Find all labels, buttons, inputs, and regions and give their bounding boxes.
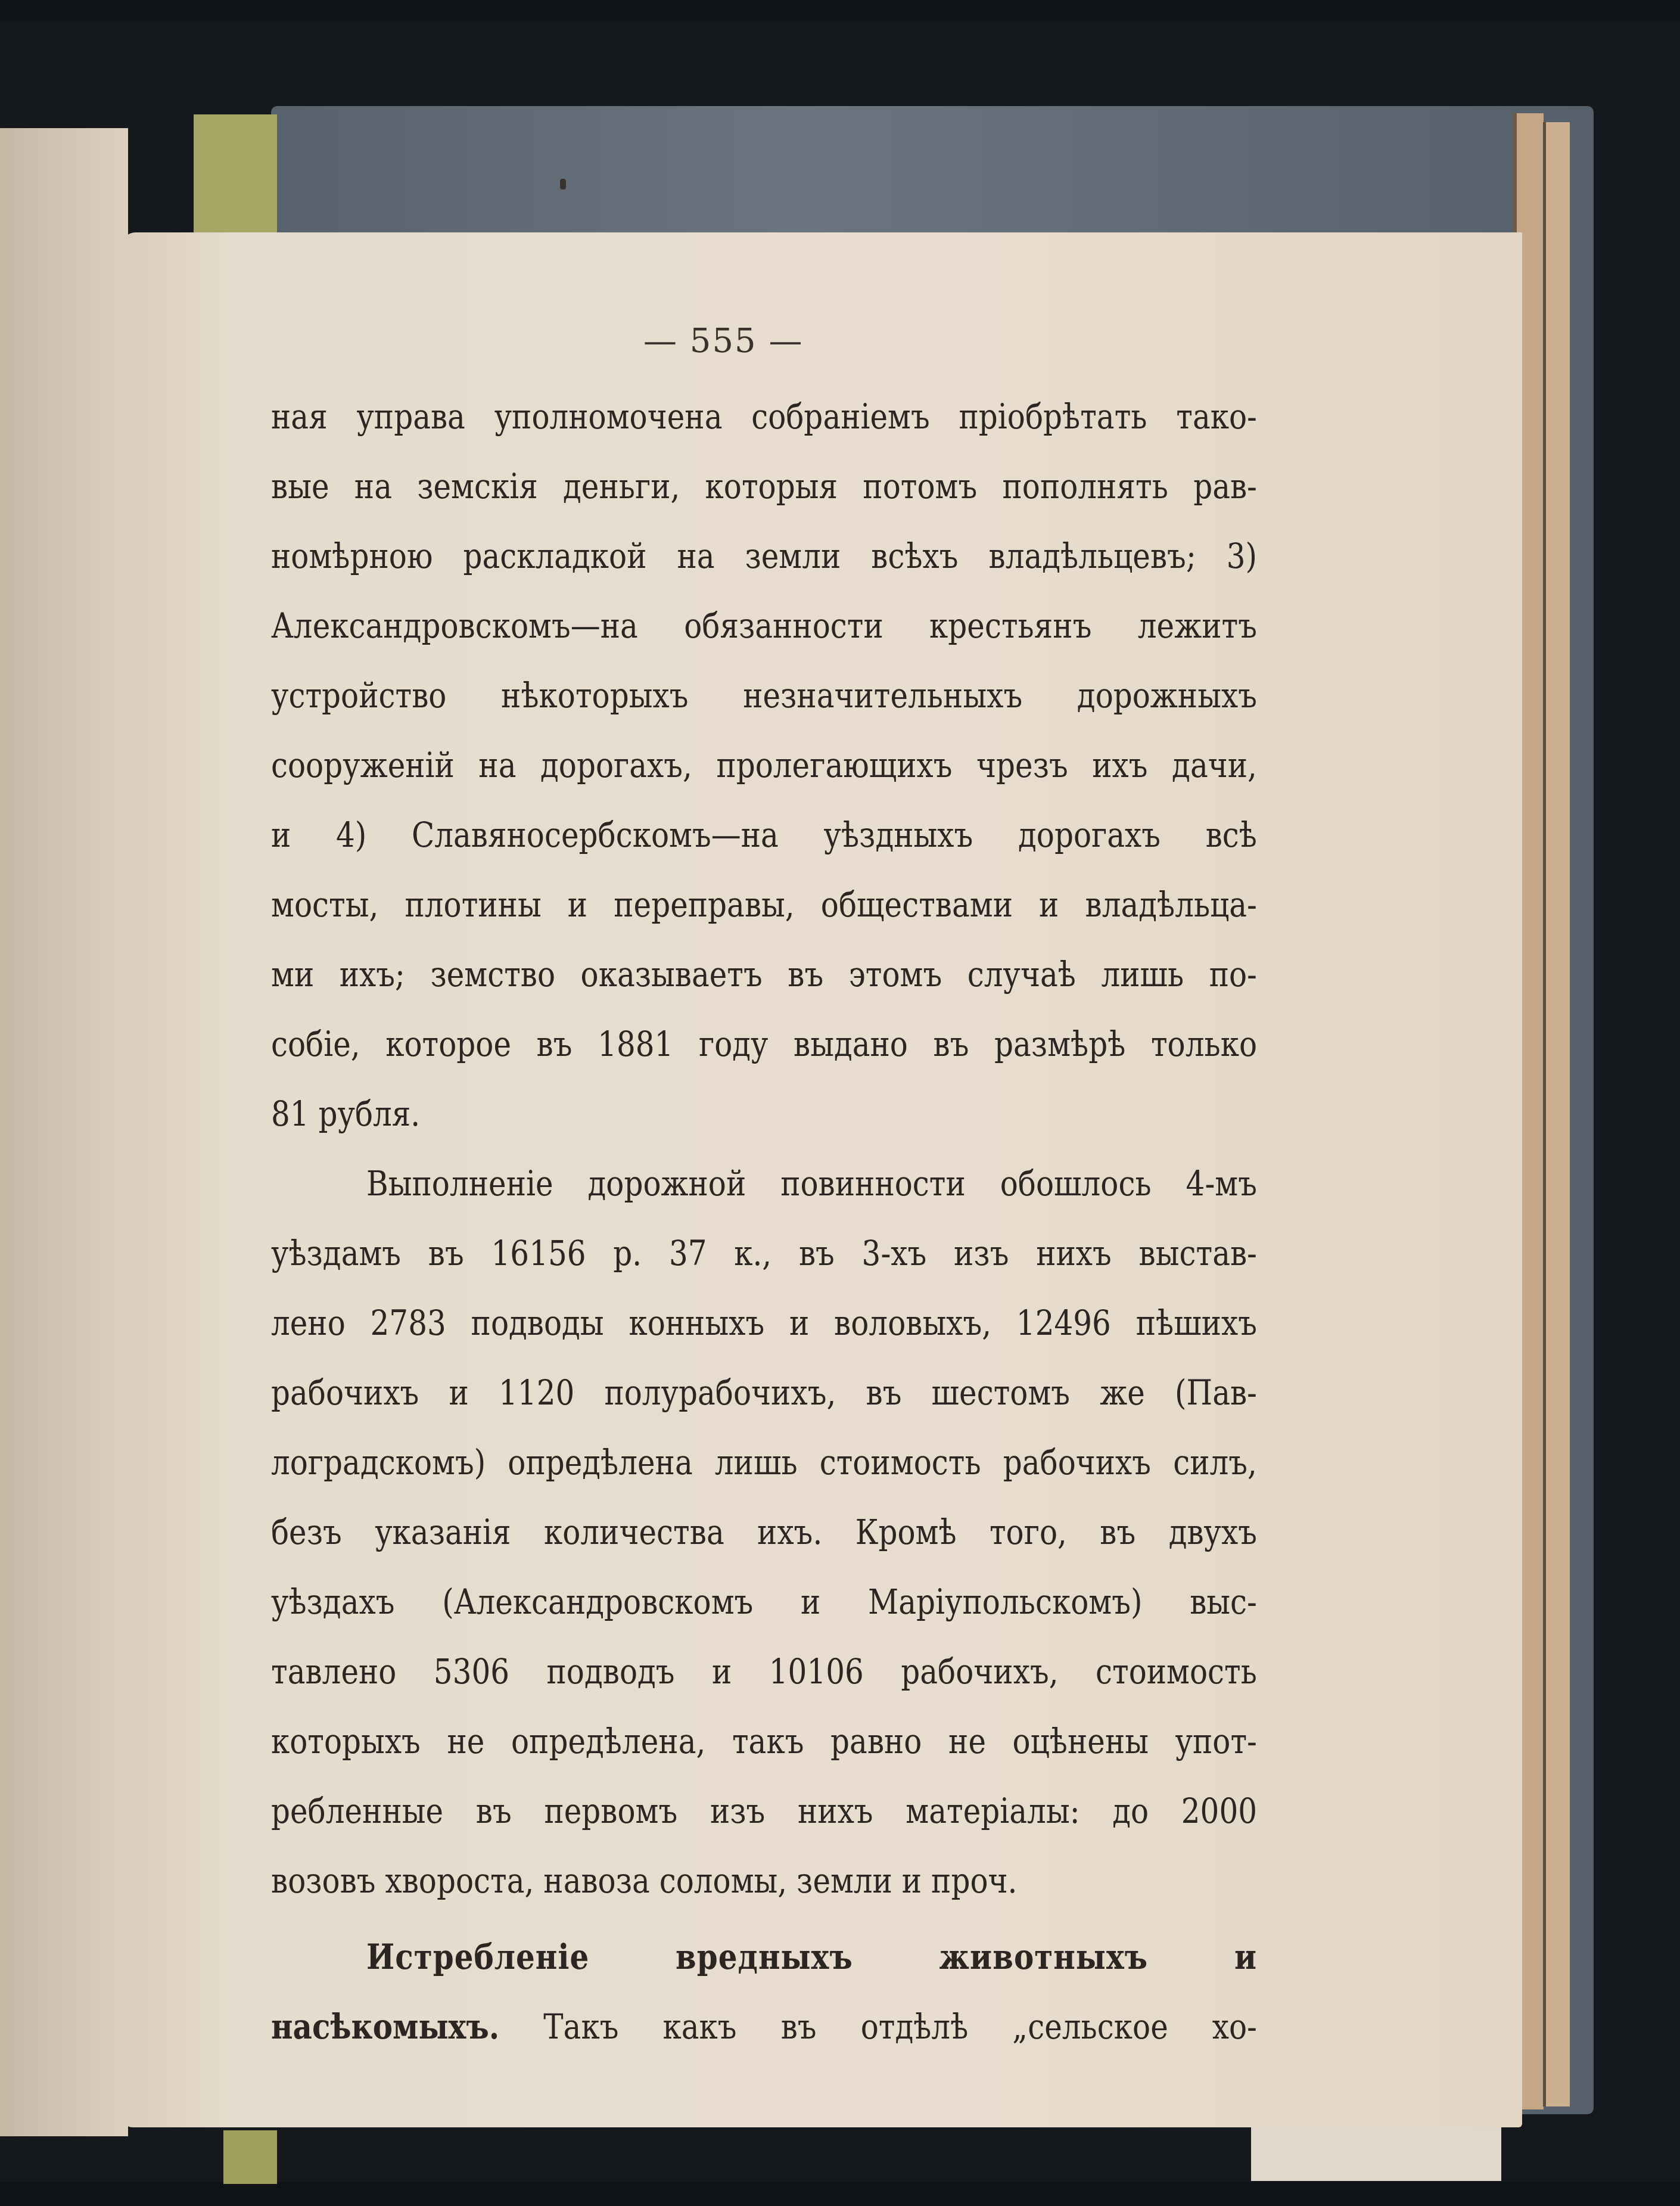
text-line: ми ихъ; земство оказываетъ въ этомъ случ… <box>271 954 1257 995</box>
text-line: рабочихъ и 1120 полурабочихъ, въ шестомъ… <box>271 1372 1257 1413</box>
text-line: уѣздамъ въ 16156 р. 37 к., въ 3-хъ изъ н… <box>271 1233 1257 1274</box>
text-span: Такъ какъ въ отдѣлѣ „сельское хо- <box>499 2007 1257 2047</box>
text-line: Александровскомъ—на обязанности крестьян… <box>271 605 1257 647</box>
text-line: устройство нѣкоторыхъ незначительныхъ до… <box>271 675 1257 716</box>
text-line: 81 рубля. <box>271 1093 1257 1135</box>
text-line: которыхъ не опредѣлена, такъ равно не оц… <box>271 1721 1257 1762</box>
text-line: мосты, плотины и переправы, обществами и… <box>271 884 1257 925</box>
endpaper-top <box>194 114 277 240</box>
text-line: вые на земскія деньги, которыя потомъ по… <box>271 466 1257 507</box>
ink-speck <box>560 179 566 189</box>
section-heading: Истребленіе вредныхъ животныхъ и <box>271 1937 1257 1978</box>
text-line: собіе, которое въ 1881 году выдано въ ра… <box>271 1024 1257 1065</box>
endpaper-bottom <box>223 2130 277 2184</box>
text-line: ребленные въ первомъ изъ нихъ матеріалы:… <box>271 1791 1257 1832</box>
section-heading-end: насѣкомыхъ. <box>271 2006 499 2047</box>
text-line: сооруженій на дорогахъ, пролегающихъ чре… <box>271 745 1257 786</box>
text-line: лено 2783 подводы конныхъ и воловыхъ, 12… <box>271 1303 1257 1344</box>
text-line: возовъ хвороста, навоза соломы, земли и … <box>271 1860 1257 1901</box>
text-line: уѣздахъ (Александровскомъ и Маріупольско… <box>271 1582 1257 1623</box>
scan-top-border <box>0 0 1680 21</box>
page-number: — 555 — <box>643 322 804 361</box>
text-line: безъ указанія количества ихъ. Кромѣ того… <box>271 1512 1257 1553</box>
text-line: тавлено 5306 подводъ и 10106 рабочихъ, с… <box>271 1651 1257 1692</box>
paragraph-first-line: Выполненіе дорожной повинности обошлось … <box>271 1163 1257 1204</box>
facing-page-edge <box>0 128 128 2136</box>
scan-bottom-border <box>0 2182 1680 2206</box>
text-line: лоградскомъ) опредѣлена лишь стоимость р… <box>271 1442 1257 1483</box>
text-line: ная управа уполномочена собраніемъ пріоб… <box>271 396 1257 437</box>
text-line: номѣрною раскладкой на земли всѣхъ владѣ… <box>271 536 1257 577</box>
text-line: и 4) Славяносербскомъ—на уѣздныхъ дорога… <box>271 815 1257 856</box>
section-heading-continued: насѣкомыхъ. Такъ какъ въ отдѣлѣ „сельско… <box>271 2006 1257 2047</box>
page-edge-strip <box>1543 122 1570 2106</box>
